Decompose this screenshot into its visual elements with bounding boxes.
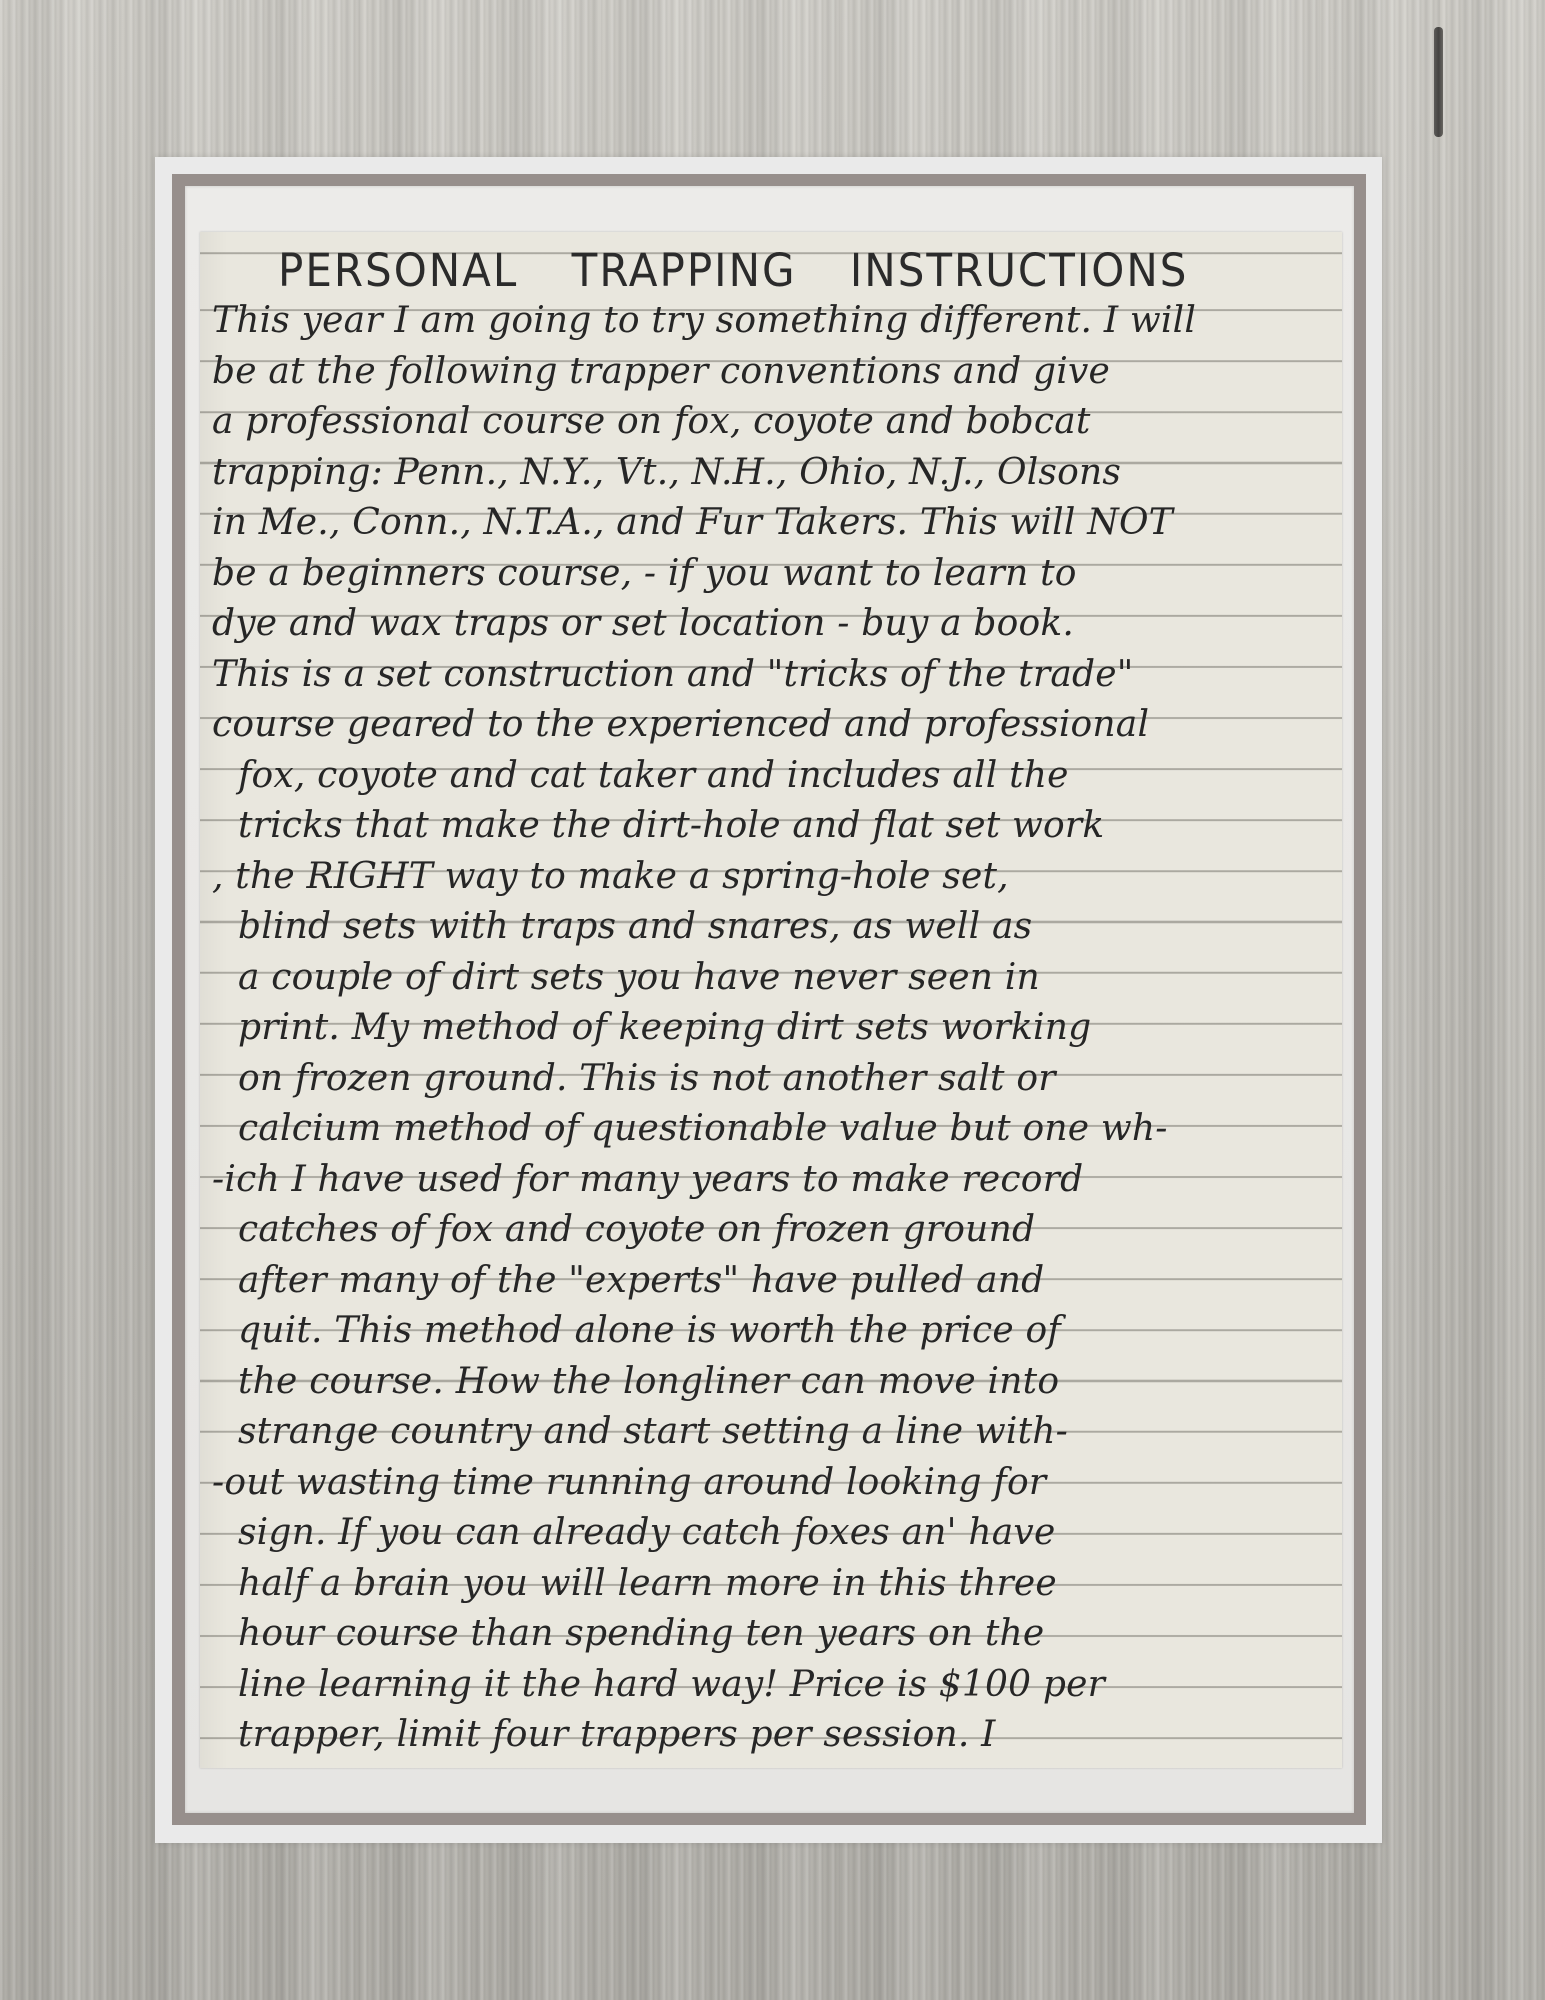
letter-title: PERSONAL TRAPPING INSTRUCTIONS — [278, 244, 1188, 297]
letter-line: tricks that make the dirt-hole and flat … — [212, 801, 1336, 852]
letter-line: in Me., Conn., N.T.A., and Fur Takers. T… — [212, 498, 1336, 549]
letter-line: a couple of dirt sets you have never see… — [212, 953, 1336, 1004]
letter-line: be a beginners course, - if you want to … — [212, 549, 1336, 600]
letter-line: print. My method of keeping dirt sets wo… — [212, 1003, 1336, 1054]
letter-line: dye and wax traps or set location - buy … — [212, 599, 1336, 650]
letter-line: require a $25 deposit in the mail prior … — [212, 1761, 1336, 1769]
letter-line: course geared to the experienced and pro… — [212, 700, 1336, 751]
letter-line: quit. This method alone is worth the pri… — [212, 1306, 1336, 1357]
letter-line: , the RIGHT way to make a spring-hole se… — [212, 852, 1336, 903]
letter-line: -ich I have used for many years to make … — [212, 1155, 1336, 1206]
letter-line: a professional course on fox, coyote and… — [212, 397, 1336, 448]
letter-line: on frozen ground. This is not another sa… — [212, 1054, 1336, 1105]
letter-line: blind sets with traps and snares, as wel… — [212, 902, 1336, 953]
handwritten-letter-page: PERSONAL TRAPPING INSTRUCTIONS This year… — [200, 232, 1342, 1768]
letter-line: sign. If you can already catch foxes an'… — [212, 1508, 1336, 1559]
letter-line: This year I am going to try something di… — [212, 296, 1336, 347]
letter-line: strange country and start setting a line… — [212, 1407, 1336, 1458]
wood-knot-mark — [1434, 27, 1443, 137]
letter-line: hour course than spending ten years on t… — [212, 1609, 1336, 1660]
letter-line: calcium method of questionable value but… — [212, 1104, 1336, 1155]
letter-line: after many of the "experts" have pulled … — [212, 1256, 1336, 1307]
letter-line: be at the following trapper conventions … — [212, 347, 1336, 398]
letter-line: trapper, limit four trappers per session… — [212, 1710, 1336, 1761]
letter-line: half a brain you will learn more in this… — [212, 1559, 1336, 1610]
letter-line: fox, coyote and cat taker and includes a… — [212, 751, 1336, 802]
letter-line: trapping: Penn., N.Y., Vt., N.H., Ohio, … — [212, 448, 1336, 499]
letter-line: the course. How the longliner can move i… — [212, 1357, 1336, 1408]
letter-line: -out wasting time running around looking… — [212, 1458, 1336, 1509]
letter-body: This year I am going to try something di… — [212, 296, 1336, 1768]
letter-line: This is a set construction and "tricks o… — [212, 650, 1336, 701]
letter-line: line learning it the hard way! Price is … — [212, 1660, 1336, 1711]
letter-line: catches of fox and coyote on frozen grou… — [212, 1205, 1336, 1256]
